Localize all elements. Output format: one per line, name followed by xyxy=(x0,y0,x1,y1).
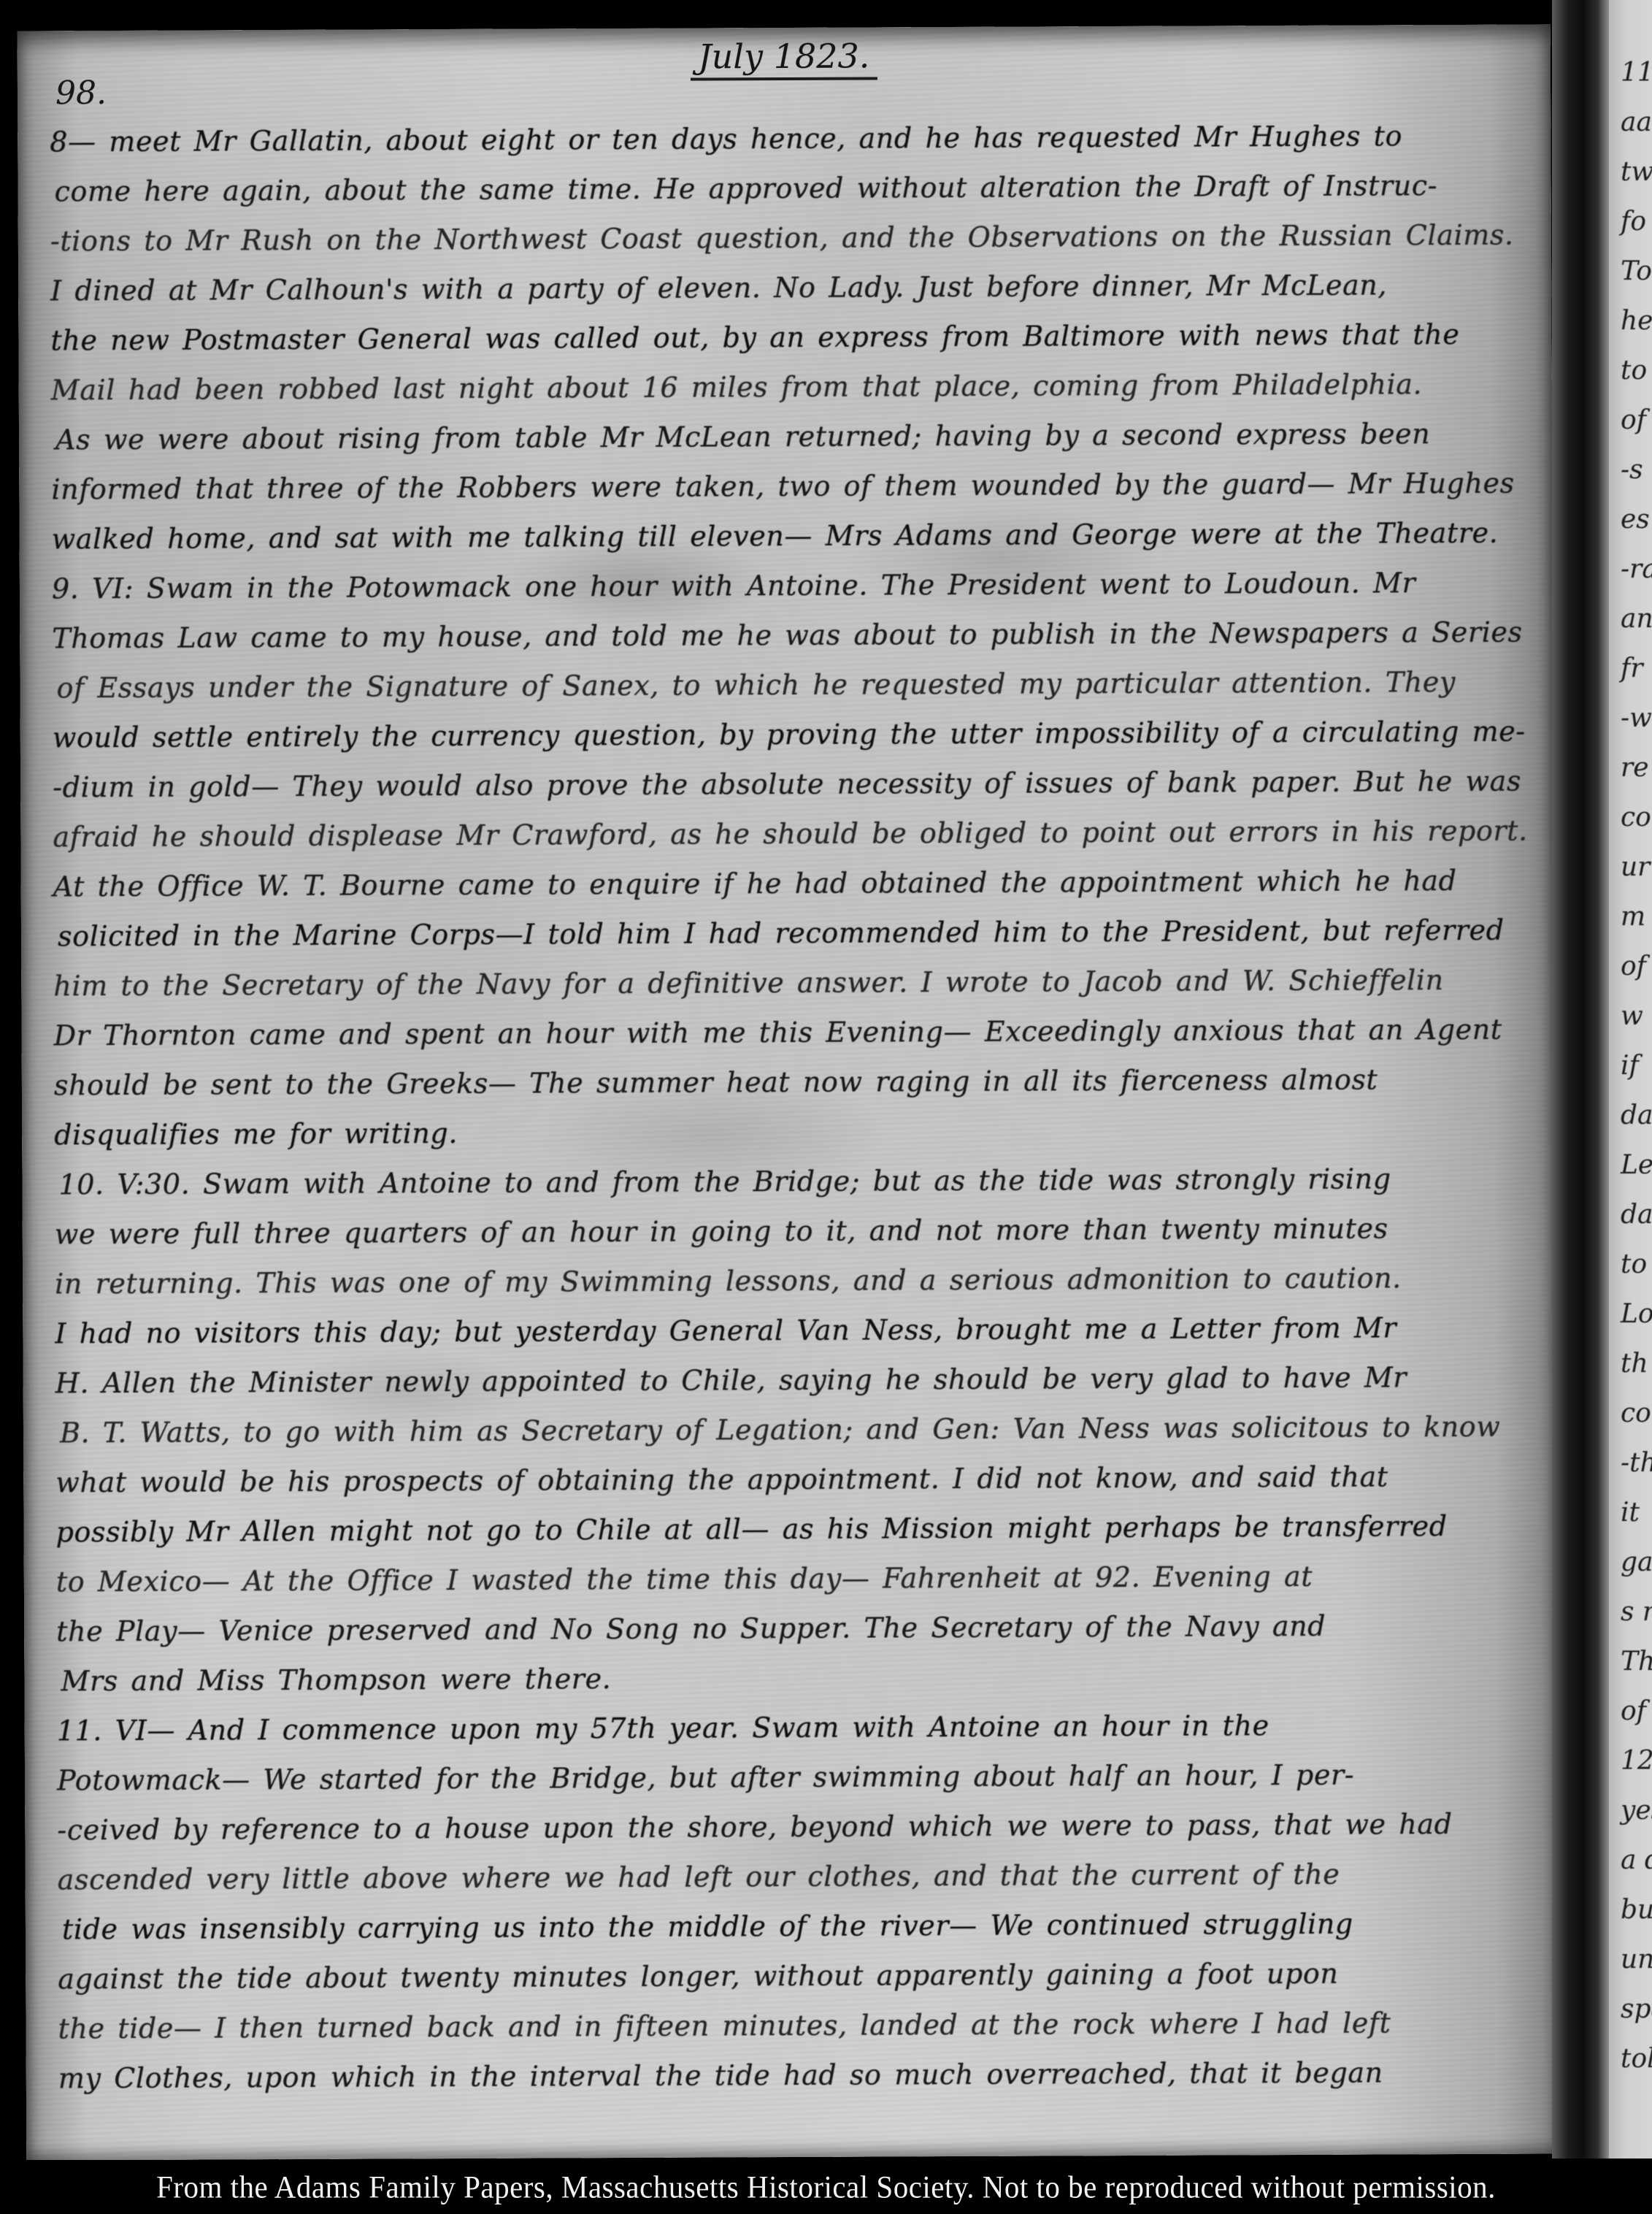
manuscript-line: the tide— I then turned back and in fift… xyxy=(58,1998,1525,2054)
adjacent-page-fragment: re xyxy=(1621,743,1652,793)
adjacent-page-fragment: Th xyxy=(1621,1637,1652,1687)
adjacent-page-fragment: gal xyxy=(1621,1538,1652,1587)
manuscript-line: At the Office W. T. Bourne came to enqui… xyxy=(53,856,1521,912)
adjacent-page-fragment: To xyxy=(1621,247,1652,296)
manuscript-line: Mrs and Miss Thompson were there. xyxy=(61,1650,1528,1707)
manuscript-line: 10. V:30. Swam with Antoine to and from … xyxy=(58,1154,1526,1210)
adjacent-page-fragment: m xyxy=(1621,892,1652,942)
adjacent-page-fragment: aa xyxy=(1621,98,1652,148)
adjacent-page-fragment: fo xyxy=(1621,197,1652,247)
manuscript-line: H. Allen the Minister newly appointed to… xyxy=(55,1352,1523,1409)
manuscript-line: the new Postmaster General was called ou… xyxy=(50,310,1518,366)
manuscript-line: disqualifies me for writing. xyxy=(54,1104,1521,1160)
adjacent-page-fragment: un xyxy=(1621,1935,1652,1985)
manuscript-line: against the tide about twenty minutes lo… xyxy=(58,1948,1525,2004)
adjacent-page-fragment: a d xyxy=(1621,1836,1652,1885)
adjacent-page-fragment: yes xyxy=(1621,1786,1652,1836)
adjacent-page-fragment: of th xyxy=(1621,1687,1652,1736)
manuscript-line: in returning. This was one of my Swimmin… xyxy=(55,1253,1522,1309)
attribution-footer: From the Adams Family Papers, Massachuse… xyxy=(0,2160,1652,2214)
adjacent-page-fragment: 12. xyxy=(1621,1736,1652,1786)
manuscript-line: of Essays under the Signature of Sanex, … xyxy=(56,657,1524,713)
adjacent-page-fragment: spa xyxy=(1621,1985,1652,2034)
adjacent-page-fragment: co xyxy=(1621,1389,1652,1439)
adjacent-page-fragment: -th xyxy=(1621,1439,1652,1488)
adjacent-page-fragment: -s xyxy=(1621,445,1652,495)
adjacent-page-edge: 11aatwfoTohetoof-ses-raanfr-wrecourmofwi… xyxy=(1609,0,1652,2159)
manuscript-line: Potowmack— We started for the Bridge, bu… xyxy=(57,1750,1524,1806)
manuscript-line: 9. VI: Swam in the Potowmack one hour wi… xyxy=(52,558,1519,614)
manuscript-line: my Clothes, upon which in the interval t… xyxy=(58,2048,1526,2104)
adjacent-page-fragment: ur xyxy=(1621,843,1652,892)
manuscript-line: would settle entirely the currency quest… xyxy=(53,707,1520,763)
adjacent-page-fragment: co xyxy=(1621,793,1652,843)
adjacent-page-fragment: Lo xyxy=(1621,1290,1652,1339)
book-gutter-shadow xyxy=(1552,0,1609,2159)
adjacent-page-fragment: he xyxy=(1621,296,1652,346)
manuscript-line: solicited in the Marine Corps—I told him… xyxy=(58,905,1525,962)
manuscript-line: come here again, about the same time. He… xyxy=(54,161,1521,217)
manuscript-line: I had no visitors this day; but yesterda… xyxy=(55,1303,1522,1359)
manuscript-line: Dr Thornton came and spent an hour with … xyxy=(54,1005,1521,1061)
manuscript-line: Thomas Law came to my house, and told me… xyxy=(52,608,1519,664)
adjacent-page-fragment: an xyxy=(1621,594,1652,644)
manuscript-line: should be sent to the Greeks— The summer… xyxy=(54,1054,1521,1111)
adjacent-page-fragment: da xyxy=(1621,1190,1652,1240)
manuscript-line: walked home, and sat with me talking til… xyxy=(52,508,1519,564)
adjacent-page-fragment: to xyxy=(1621,1240,1652,1290)
adjacent-page-fragment: told xyxy=(1621,2034,1652,2084)
diary-text: 8— meet Mr Gallatin, about eight or ten … xyxy=(50,111,1526,2104)
manuscript-line: 11. VI— And I commence upon my 57th year… xyxy=(57,1700,1524,1756)
adjacent-page-fragment: Le xyxy=(1621,1141,1652,1190)
manuscript-line: B. T. Watts, to go with him as Secretary… xyxy=(60,1402,1527,1458)
date-heading-text: July 1823. xyxy=(691,36,877,80)
adjacent-page-fragment: s r xyxy=(1621,1587,1652,1637)
manuscript-line: we were full three quarters of an hour i… xyxy=(55,1203,1522,1260)
manuscript-line: possibly Mr Allen might not go to Chile … xyxy=(55,1501,1523,1558)
manuscript-line: tide was insensibly carrying us into the… xyxy=(62,1899,1529,1955)
adjacent-page-fragment: da xyxy=(1621,1091,1652,1141)
attribution-text: From the Adams Family Papers, Massachuse… xyxy=(156,2169,1496,2205)
adjacent-page-fragment: 11 xyxy=(1621,48,1652,98)
manuscript-line: the Play— Venice preserved and No Song n… xyxy=(56,1601,1524,1657)
page-number: 98. xyxy=(55,74,107,112)
manuscript-line: -dium in gold— They would also prove the… xyxy=(53,756,1520,813)
manuscript-line: 8— meet Mr Gallatin, about eight or ten … xyxy=(50,111,1517,167)
date-heading: July 1823. xyxy=(18,33,1551,79)
adjacent-page-fragment: it xyxy=(1621,1488,1652,1538)
adjacent-page-fragment: of xyxy=(1621,942,1652,992)
manuscript-line: ascended very little above where we had … xyxy=(58,1849,1525,1905)
diary-page: 98. July 1823. 8— meet Mr Gallatin, abou… xyxy=(18,24,1560,2160)
manuscript-line: As we were about rising from table Mr Mc… xyxy=(55,409,1523,465)
manuscript-line: him to the Secretary of the Navy for a d… xyxy=(53,955,1521,1011)
adjacent-page-fragment: if xyxy=(1621,1041,1652,1091)
adjacent-page-fragment: but xyxy=(1621,1885,1652,1935)
adjacent-page-text-fragments: 11aatwfoTohetoof-ses-raanfr-wrecourmofwi… xyxy=(1621,48,1652,2084)
manuscript-line: I dined at Mr Calhoun's with a party of … xyxy=(50,260,1518,316)
manuscript-line: what would be his prospects of obtaining… xyxy=(55,1452,1523,1508)
adjacent-page-fragment: fr xyxy=(1621,644,1652,694)
manuscript-line: informed that three of the Robbers were … xyxy=(51,459,1518,515)
adjacent-page-fragment: th xyxy=(1621,1339,1652,1389)
manuscript-line: Mail had been robbed last night about 16… xyxy=(51,359,1518,415)
adjacent-page-fragment: -ra xyxy=(1621,545,1652,594)
adjacent-page-fragment: of xyxy=(1621,396,1652,445)
manuscript-line: afraid he should displease Mr Crawford, … xyxy=(53,806,1520,862)
manuscript-line: -tions to Mr Rush on the Northwest Coast… xyxy=(50,210,1518,267)
manuscript-line: to Mexico— At the Office I wasted the ti… xyxy=(56,1551,1524,1607)
adjacent-page-fragment: w xyxy=(1621,992,1652,1041)
adjacent-page-fragment: to xyxy=(1621,346,1652,396)
adjacent-page-fragment: es xyxy=(1621,495,1652,545)
adjacent-page-fragment: tw xyxy=(1621,148,1652,197)
manuscript-line: -ceived by reference to a house upon the… xyxy=(57,1799,1524,1855)
adjacent-page-fragment: -w xyxy=(1621,694,1652,743)
